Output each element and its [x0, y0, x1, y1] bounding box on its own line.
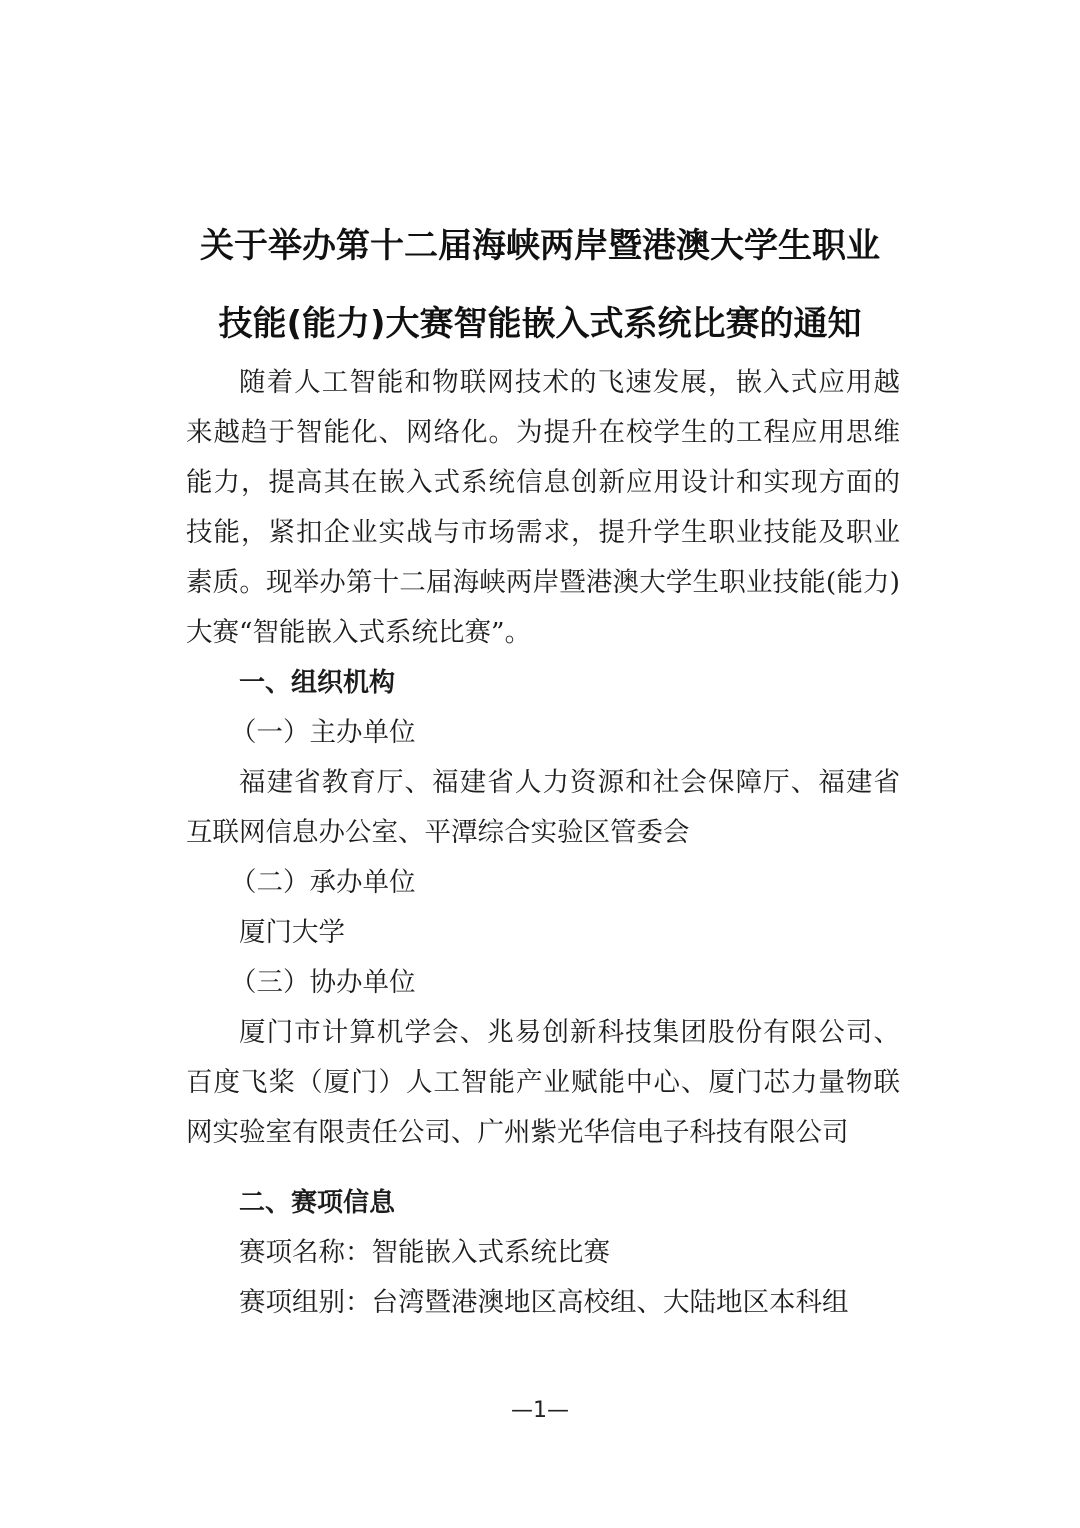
subheading-organizer: （一）主办单位: [186, 708, 900, 758]
subheading-co-organizer: （三）协办单位: [186, 958, 900, 1008]
document-title-line2: 技能(能力)大赛智能嵌入式系统比赛的通知: [180, 296, 900, 345]
page-number: —1—: [0, 1398, 1080, 1423]
event-group-line: 赛项组别：台湾暨港澳地区高校组、大陆地区本科组: [186, 1278, 900, 1328]
organizers-text: 福建省教育厅、福建省人力资源和社会保障厅、福建省互联网信息办公室、平潭综合实验区…: [186, 758, 900, 858]
co-organizers-text: 厦门市计算机学会、兆易创新科技集团股份有限公司、百度飞桨（厦门）人工智能产业赋能…: [186, 1008, 900, 1158]
section-heading-organization: 一、组织机构: [186, 658, 900, 708]
subheading-host: （二）承办单位: [186, 858, 900, 908]
event-name-line: 赛项名称：智能嵌入式系统比赛: [186, 1228, 900, 1278]
document-title-line1: 关于举办第十二届海峡两岸暨港澳大学生职业: [180, 218, 900, 267]
intro-paragraph: 随着人工智能和物联网技术的飞速发展，嵌入式应用越来越趋于智能化、网络化。为提升在…: [186, 358, 900, 658]
spacer: [186, 1158, 900, 1178]
document-body: 随着人工智能和物联网技术的飞速发展，嵌入式应用越来越趋于智能化、网络化。为提升在…: [186, 358, 900, 1328]
host-text: 厦门大学: [186, 908, 900, 958]
document-page: 关于举办第十二届海峡两岸暨港澳大学生职业 技能(能力)大赛智能嵌入式系统比赛的通…: [0, 0, 1080, 1528]
section-heading-event-info: 二、赛项信息: [186, 1178, 900, 1228]
